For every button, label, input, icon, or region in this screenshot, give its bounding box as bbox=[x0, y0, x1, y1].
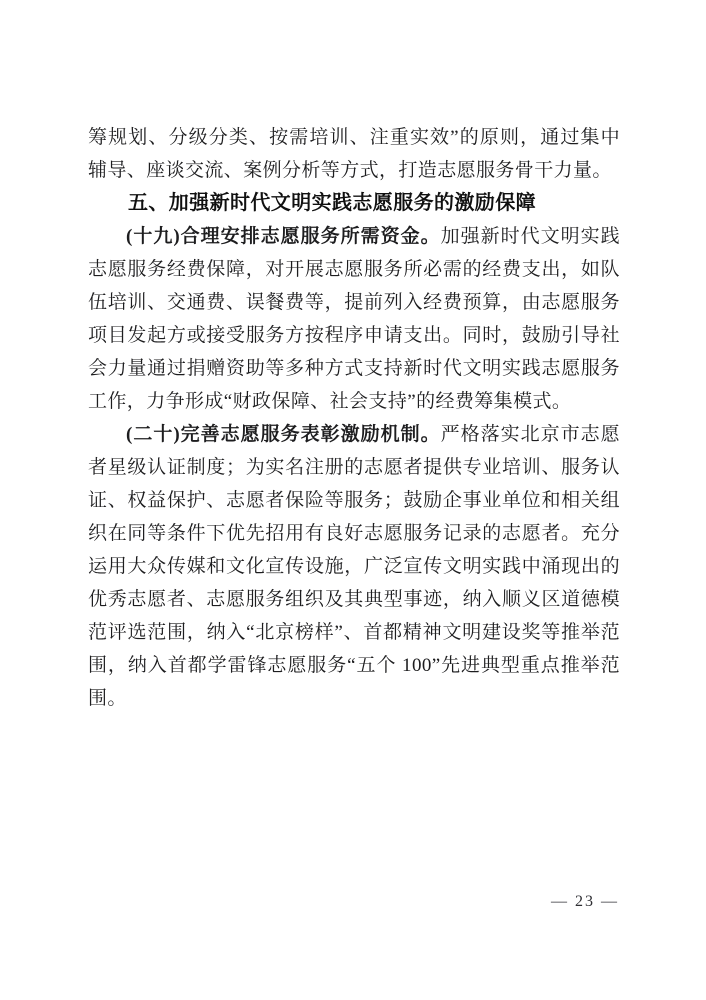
section-heading: 五、加强新时代文明实践志愿服务的激励保障 bbox=[88, 187, 620, 220]
paragraph-item-20-lead: (二十)完善志愿服务表彰激励机制。 bbox=[126, 424, 441, 445]
page-number: — 23 — bbox=[551, 892, 619, 912]
paragraph-item-20-body: 严格落实北京市志愿者星级认证制度；为实名注册的志愿者提供专业培训、服务认证、权益… bbox=[88, 424, 620, 709]
document-page: 筹规划、分级分类、按需培训、注重实效”的原则，通过集中辅导、座谈交流、案例分析等… bbox=[0, 0, 706, 1000]
paragraph-item-20: (二十)完善志愿服务表彰激励机制。严格落实北京市志愿者星级认证制度；为实名注册的… bbox=[88, 418, 620, 715]
paragraph-continuation: 筹规划、分级分类、按需培训、注重实效”的原则，通过集中辅导、座谈交流、案例分析等… bbox=[88, 121, 620, 187]
paragraph-item-19: (十九)合理安排志愿服务所需资金。加强新时代文明实践志愿服务经费保障，对开展志愿… bbox=[88, 220, 620, 418]
paragraph-item-19-body: 加强新时代文明实践志愿服务经费保障，对开展志愿服务所必需的经费支出，如队伍培训、… bbox=[88, 226, 620, 412]
document-content: 筹规划、分级分类、按需培训、注重实效”的原则，通过集中辅导、座谈交流、案例分析等… bbox=[88, 121, 620, 715]
paragraph-item-19-lead: (十九)合理安排志愿服务所需资金。 bbox=[126, 226, 441, 247]
